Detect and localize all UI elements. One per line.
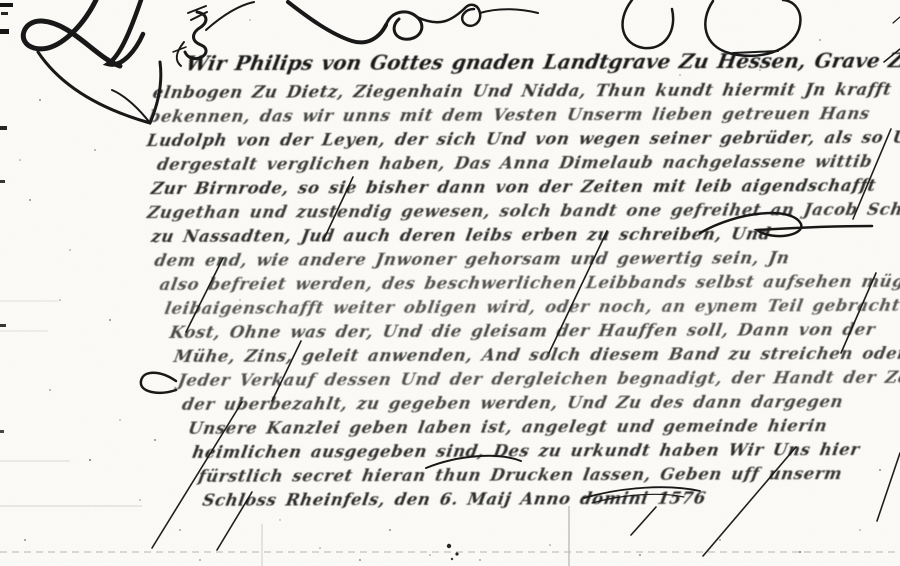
- manuscript-line-09: dem end, wie andere Jnwoner gehorsam und…: [153, 249, 791, 271]
- manuscript-line-18: fürstlich secret hieran thun Drucken las…: [197, 464, 844, 486]
- manuscript-line-06: Zur Birnrode, so sie bisher dann von der…: [150, 176, 878, 198]
- manuscript-line-16: Unsere Kanzlei geben laben ist, angelegt…: [187, 416, 829, 438]
- manuscript-line-04: Ludolph von der Leyen, der sich Und von …: [145, 128, 900, 150]
- manuscript-line-02: elnbogen Zu Dietz, Ziegenhain Und Nidda,…: [151, 80, 900, 103]
- manuscript-line-14: Jeder Verkauf dessen Und der dergleichen…: [176, 368, 900, 390]
- manuscript-line-15: der uberbezahlt, zu gegeben werden, Und …: [181, 392, 845, 414]
- manuscript-line-11: leibaigenschafft weiter obligen wird, od…: [163, 296, 900, 318]
- handwritten-text-block: Wir Philips von Gottes gnaden Landtgrave…: [0, 0, 900, 566]
- manuscript-line-10: also befreiet werden, des beschwerlichen…: [158, 272, 900, 294]
- manuscript-line-08: zu Nassadten, Jud auch deren leibs erben…: [150, 225, 773, 247]
- manuscript-line-01: Wir Philips von Gottes gnaden Landtgrave…: [184, 48, 900, 76]
- manuscript-line-07: Zugethan und zustendig gewesen, solch ba…: [146, 200, 900, 223]
- manuscript-line-13: Mühe, Zins, geleit anwenden, And solch d…: [172, 343, 900, 366]
- manuscript-scan-page: Wir Philips von Gottes gnaden Landtgrave…: [0, 0, 900, 566]
- manuscript-line-05: dergestalt verglichen haben, Das Anna Di…: [156, 152, 874, 174]
- manuscript-line-12: Kost, Ohne was der, Und die gleisam der …: [168, 320, 877, 342]
- manuscript-line-19: Schloss Rheinfels, den 6. Maij Anno domi…: [201, 489, 708, 510]
- manuscript-line-17: heimlichen ausgegeben sind, Des zu urkun…: [191, 440, 862, 462]
- manuscript-line-03: bekennen, das wir unns mit dem Vesten Un…: [147, 104, 871, 126]
